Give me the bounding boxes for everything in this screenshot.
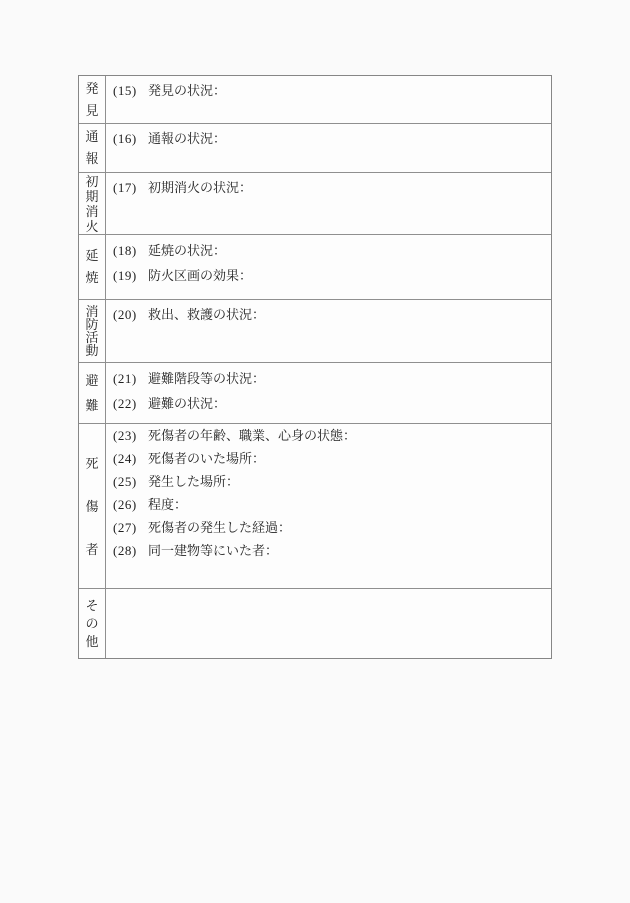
form-entry-line: (24)死傷者のいた場所： xyxy=(113,447,543,470)
form-entry-line: (26)程度： xyxy=(113,493,543,516)
entry-number: (26) xyxy=(113,493,148,516)
entry-label-text: 死傷者のいた場所： xyxy=(148,451,265,466)
row-header-cell: 消防活動 xyxy=(79,300,106,362)
document-page: 発見(15)発見の状況：通報(16)通報の状況：初期消火(17)初期消火の状況：… xyxy=(0,0,630,903)
row-header-label: 死傷者 xyxy=(85,442,99,571)
entry-label-text: 延焼の状況： xyxy=(148,243,226,258)
entry-number: (24) xyxy=(113,447,148,470)
table-row: 避難(21)避難階段等の状況：(22)避難の状況： xyxy=(79,363,551,424)
table-row: 初期消火(17)初期消火の状況： xyxy=(79,173,551,235)
row-header-label: 通報 xyxy=(85,126,99,170)
table-row: その他 xyxy=(79,589,551,658)
form-entry-line: (22)避難の状況： xyxy=(113,391,543,416)
entry-number: (18) xyxy=(113,238,148,263)
entry-label-text: 避難階段等の状況： xyxy=(148,371,265,386)
entry-number: (15) xyxy=(113,79,148,103)
entry-label-text: 発見の状況： xyxy=(148,83,226,98)
form-entry-line: (19)防火区画の効果： xyxy=(113,263,543,288)
entry-label-text: 発生した場所： xyxy=(148,474,239,489)
entry-number: (22) xyxy=(113,391,148,416)
form-entry-line: (18)延焼の状況： xyxy=(113,238,543,263)
entry-label-text: 初期消火の状況： xyxy=(148,180,252,195)
table-row: 消防活動(20)救出、救護の状況： xyxy=(79,300,551,363)
form-entry-line: (17)初期消火の状況： xyxy=(113,176,543,200)
entry-number: (19) xyxy=(113,263,148,288)
form-entry-line: (21)避難階段等の状況： xyxy=(113,366,543,391)
row-content-cell: (16)通報の状況： xyxy=(106,124,551,172)
table-row: 通報(16)通報の状況： xyxy=(79,124,551,173)
entry-label-text: 死傷者の発生した経過： xyxy=(148,520,291,535)
form-entry-line: (23)死傷者の年齢、職業、心身の状態： xyxy=(113,424,543,447)
table-row: 死傷者(23)死傷者の年齢、職業、心身の状態：(24)死傷者のいた場所：(25)… xyxy=(79,424,551,589)
row-header-cell: 通報 xyxy=(79,124,106,172)
entry-label-text: 救出、救護の状況： xyxy=(148,307,265,322)
entry-number: (17) xyxy=(113,176,148,200)
row-header-cell: 発見 xyxy=(79,76,106,123)
entry-number: (16) xyxy=(113,127,148,151)
entry-number: (20) xyxy=(113,303,148,327)
form-entry-line: (20)救出、救護の状況： xyxy=(113,303,543,327)
entry-label-text: 程度： xyxy=(148,497,187,512)
entry-number: (23) xyxy=(113,424,148,447)
form-entry-line: (16)通報の状況： xyxy=(113,127,543,151)
row-header-label: その他 xyxy=(85,597,99,651)
table-row: 延焼(18)延焼の状況：(19)防火区画の効果： xyxy=(79,235,551,300)
entry-label-text: 死傷者の年齢、職業、心身の状態： xyxy=(148,428,356,443)
row-content-cell: (17)初期消火の状況： xyxy=(106,173,551,234)
row-header-cell: 死傷者 xyxy=(79,424,106,588)
row-header-cell: 避難 xyxy=(79,363,106,423)
row-header-cell: その他 xyxy=(79,589,106,658)
form-entry-line: (25)発生した場所： xyxy=(113,470,543,493)
row-content-cell xyxy=(106,589,551,658)
entry-label-text: 同一建物等にいた者： xyxy=(148,543,278,558)
row-header-cell: 延焼 xyxy=(79,235,106,299)
entry-number: (21) xyxy=(113,366,148,391)
row-content-cell: (15)発見の状況： xyxy=(106,76,551,123)
entry-number: (27) xyxy=(113,516,148,539)
row-content-cell: (21)避難階段等の状況：(22)避難の状況： xyxy=(106,363,551,423)
row-header-label: 消防活動 xyxy=(85,305,99,357)
form-entry-line: (28)同一建物等にいた者： xyxy=(113,539,543,562)
entry-label-text: 避難の状況： xyxy=(148,396,226,411)
table-row: 発見(15)発見の状況： xyxy=(79,76,551,124)
entry-label-text: 通報の状況： xyxy=(148,131,226,146)
row-header-cell: 初期消火 xyxy=(79,173,106,234)
row-header-label: 延焼 xyxy=(85,245,99,289)
row-content-cell: (20)救出、救護の状況： xyxy=(106,300,551,362)
row-header-label: 避難 xyxy=(85,368,99,418)
form-entry-line: (15)発見の状況： xyxy=(113,79,543,103)
incident-report-table: 発見(15)発見の状況：通報(16)通報の状況：初期消火(17)初期消火の状況：… xyxy=(78,75,552,659)
entry-number: (28) xyxy=(113,539,148,562)
row-header-label: 発見 xyxy=(85,78,99,122)
entry-number: (25) xyxy=(113,470,148,493)
entry-label-text: 防火区画の効果： xyxy=(148,268,252,283)
form-entry-line: (27)死傷者の発生した経過： xyxy=(113,516,543,539)
row-content-cell: (23)死傷者の年齢、職業、心身の状態：(24)死傷者のいた場所：(25)発生し… xyxy=(106,424,551,588)
row-header-label: 初期消火 xyxy=(85,174,99,234)
row-content-cell: (18)延焼の状況：(19)防火区画の効果： xyxy=(106,235,551,299)
